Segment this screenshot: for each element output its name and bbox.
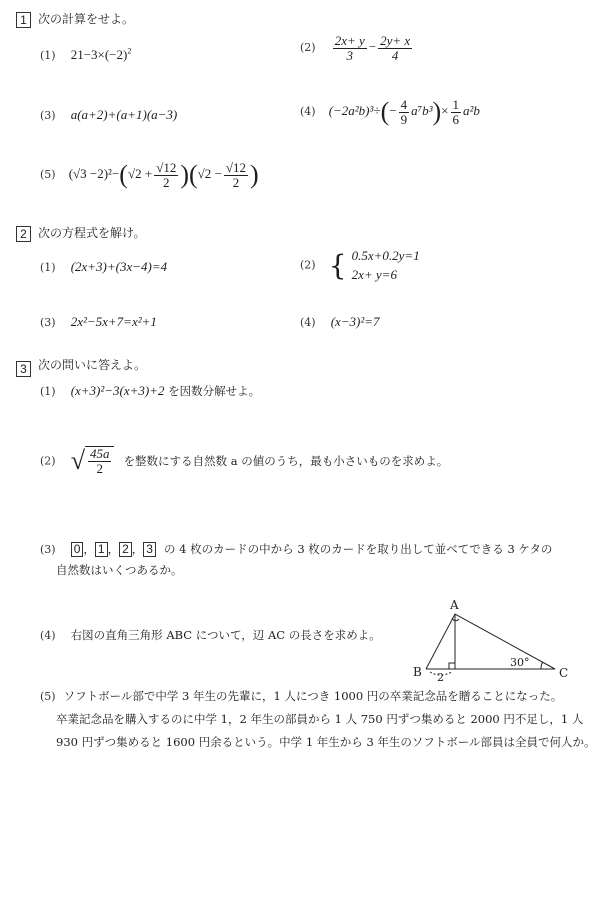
s3-question-5: (5)ソフトボール部で中学 3 年生の先輩に，1 人につき 1000 円の卒業記… [40, 685, 595, 754]
vertex-a-label: A [450, 598, 459, 612]
problem-text-line1: ソフトボール部で中学 3 年生の先輩に，1 人につき 1000 円の卒業記念品を… [64, 689, 563, 703]
length-label: 2 [437, 671, 444, 684]
vertex-b-label: B [413, 665, 422, 679]
problem-text-line2: 卒業記念品を購入するのに中学 1，2 年生の部員から 1 人 750 円ずつ集め… [56, 708, 595, 731]
angle-label: 30° [510, 656, 530, 669]
question-label: (5) [40, 690, 56, 703]
right-triangle-figure [0, 0, 600, 900]
vertex-c-label: C [559, 666, 568, 680]
problem-text-line3: 930 円ずつ集めると 1600 円余るという。中学 1 年生から 3 年生のソ… [56, 731, 595, 754]
